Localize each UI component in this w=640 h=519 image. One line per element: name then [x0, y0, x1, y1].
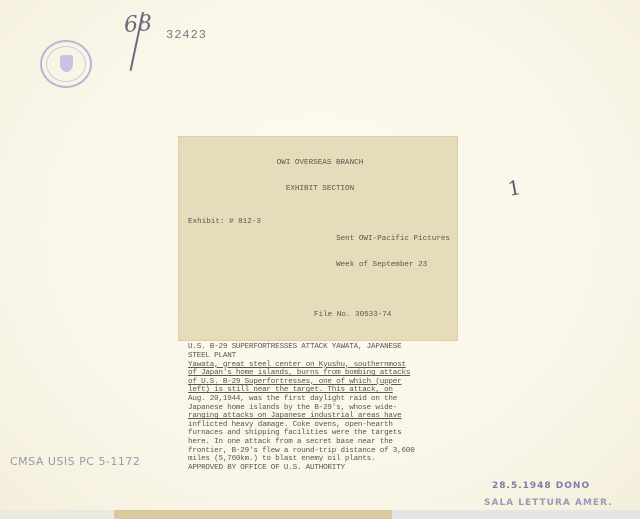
sent-line-2: Week of September 23 — [336, 261, 450, 270]
seal-stamp-icon — [40, 40, 92, 88]
caption-line: ranging attacks on Japanese industrial a… — [188, 412, 402, 420]
caption-line: furnaces and shipping facilities were th… — [188, 429, 402, 437]
caption-line: here. In one attack from a secret base n… — [188, 438, 393, 446]
donation-stamp: 28.5.1948 DONO SALA LETTURA AMER. — [492, 478, 613, 512]
caption-line: frontier, B-29's flew a round-trip dista… — [188, 447, 415, 455]
exhibit-number: Exhibit: # 812-3 — [188, 218, 261, 287]
shield-icon — [60, 55, 73, 72]
caption-body: U.S. B-29 SUPERFORTRESSES ATTACK YAWATA,… — [188, 343, 446, 472]
archive-code: CMSA USIS PC 5-1172 — [10, 455, 140, 468]
card-header-1: OWI OVERSEAS BRANCH — [188, 159, 452, 168]
caption-line: of Japan's home islands, burns from bomb… — [188, 369, 410, 377]
caption-line: inflicted heavy damage. Coke ovens, open… — [188, 421, 393, 429]
typed-number: 32423 — [166, 28, 207, 42]
caption-title-1: U.S. B-29 SUPERFORTRESSES ATTACK YAWATA,… — [188, 343, 402, 351]
caption-line: Yawata, great steel center on Kyushu, so… — [188, 361, 406, 369]
background-strip — [0, 510, 114, 519]
approval-line: APPROVED BY OFFICE OF U.S. AUTHORITY — [188, 464, 446, 473]
card-header-2: EXHIBIT SECTION — [188, 185, 452, 194]
caption-line: left) is still near the target. This att… — [188, 386, 393, 394]
file-number: File No. 30533-74 — [314, 311, 452, 320]
mount-edge — [114, 510, 392, 519]
caption-title-2: STEEL PLANT — [188, 352, 236, 360]
donation-place: SALA LETTURA AMER. — [484, 495, 613, 512]
caption-line: Aug. 20,1944, was the first daylight rai… — [188, 395, 397, 403]
caption-line: of U.S. B-29 Superfortresses, one of whi… — [188, 378, 402, 386]
caption-line: Japanese home islands by the B-29's, who… — [188, 404, 397, 412]
caption-line: miles (5,760km.) to blast enemy oil plan… — [188, 455, 375, 463]
sent-line-1: Sent OWI-Pacific Pictures — [336, 235, 450, 244]
donation-date: 28.5.1948 DONO — [492, 481, 590, 491]
caption-card: OWI OVERSEAS BRANCH EXHIBIT SECTION Exhi… — [178, 136, 458, 341]
